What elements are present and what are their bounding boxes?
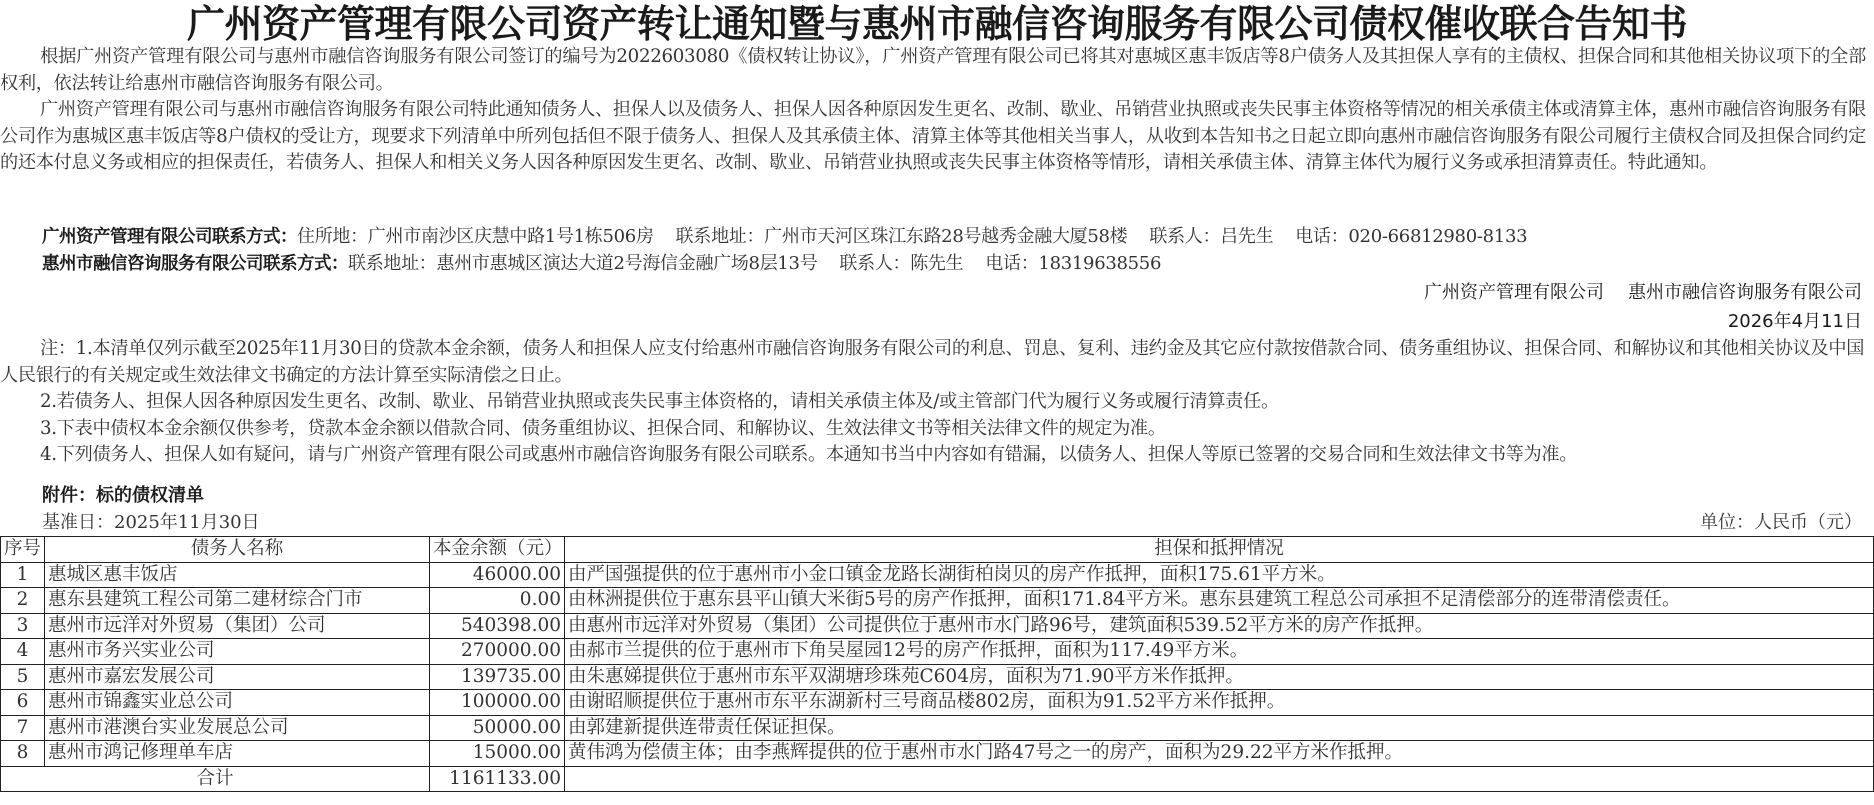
currency-unit: 单位：人民币（元） [1700,510,1862,536]
header-collateral: 担保和抵押情况 [565,537,1874,563]
notice-title: 广州资产管理有限公司资产转让通知暨与惠州市融信咨询服务有限公司债权催收联合告知书 [0,0,1874,46]
table-row: 5 惠州市嘉宏发展公司 139735.00 由朱惠娣提供位于惠州市东平双湖塘珍珠… [1,664,1874,690]
table-row: 6 惠州市锦鑫实业总公司 100000.00 由谢昭顺提供位于惠州市东平东湖新村… [1,690,1874,716]
table-header-row: 序号 债务人名称 本金余额（元） 担保和抵押情况 [1,537,1874,563]
table-row: 8 惠州市鸿记修理单车店 15000.00 黄伟鸿为偿债主体；由李燕辉提供的位于… [1,741,1874,767]
total-amount: 1161133.00 [430,766,565,792]
signature-companies: 广州资产管理有限公司惠州市融信咨询服务有限公司 [1424,280,1862,306]
contact-guangzhou: 广州资产管理有限公司联系方式：住所地：广州市南沙区庆慧中路1号1栋506房联系地… [42,224,1527,250]
table-row: 4 惠州市务兴实业公司 270000.00 由郝市兰提供的位于惠州市下角吴屋园1… [1,639,1874,665]
header-no: 序号 [1,537,45,563]
total-label: 合计 [1,766,430,792]
note-2: 2.若债务人、担保人因各种原因发生更名、改制、歇业、吊销营业执照或丧失民事主体资… [0,389,1866,416]
note-1: 注：1.本清单仅列示截至2025年11月30日的贷款本金余额，债务人和担保人应支… [0,336,1866,389]
base-date: 基准日：2025年11月30日 [42,510,260,536]
debt-list-table: 序号 债务人名称 本金余额（元） 担保和抵押情况 1 惠城区惠丰饭店 46000… [0,536,1874,792]
paragraph-transfer: 根据广州资产管理有限公司与惠州市融信咨询服务有限公司签订的编号为20226030… [0,44,1866,97]
header-amount: 本金余额（元） [430,537,565,563]
table-row: 7 惠州市港澳台实业发展总公司 50000.00 由郭建新提供连带责任保证担保。 [1,715,1874,741]
note-4: 4.下列债务人、担保人如有疑问，请与广州资产管理有限公司或惠州市融信咨询服务有限… [0,442,1870,469]
contact-label: 广州资产管理有限公司联系方式： [42,227,297,247]
signature-date: 2026年4月11日 [1728,309,1862,335]
annex-title: 附件：标的债权清单 [42,483,204,509]
contact-huizhou: 惠州市融信咨询服务有限公司联系方式：联系地址：惠州市惠城区演达大道2号海信金融广… [42,251,1161,277]
table-row: 1 惠城区惠丰饭店 46000.00 由严国强提供的位于惠州市小金口镇金龙路长湖… [1,562,1874,588]
contact-label: 惠州市融信咨询服务有限公司联系方式： [42,254,348,274]
table-total-row: 合计 1161133.00 [1,766,1874,792]
note-3: 3.下表中债权本金余额仅供参考，贷款本金余额以借款合同、债务重组协议、担保合同、… [0,416,1866,443]
header-debtor: 债务人名称 [45,537,430,563]
table-row: 2 惠东县建筑工程公司第二建材综合门市 0.00 由林洲提供位于惠东县平山镇大米… [1,588,1874,614]
paragraph-notice: 广州资产管理有限公司与惠州市融信咨询服务有限公司特此通知债务人、担保人以及债务人… [0,97,1866,177]
table-row: 3 惠州市远洋对外贸易（集团）公司 540398.00 由惠州市远洋对外贸易（集… [1,613,1874,639]
